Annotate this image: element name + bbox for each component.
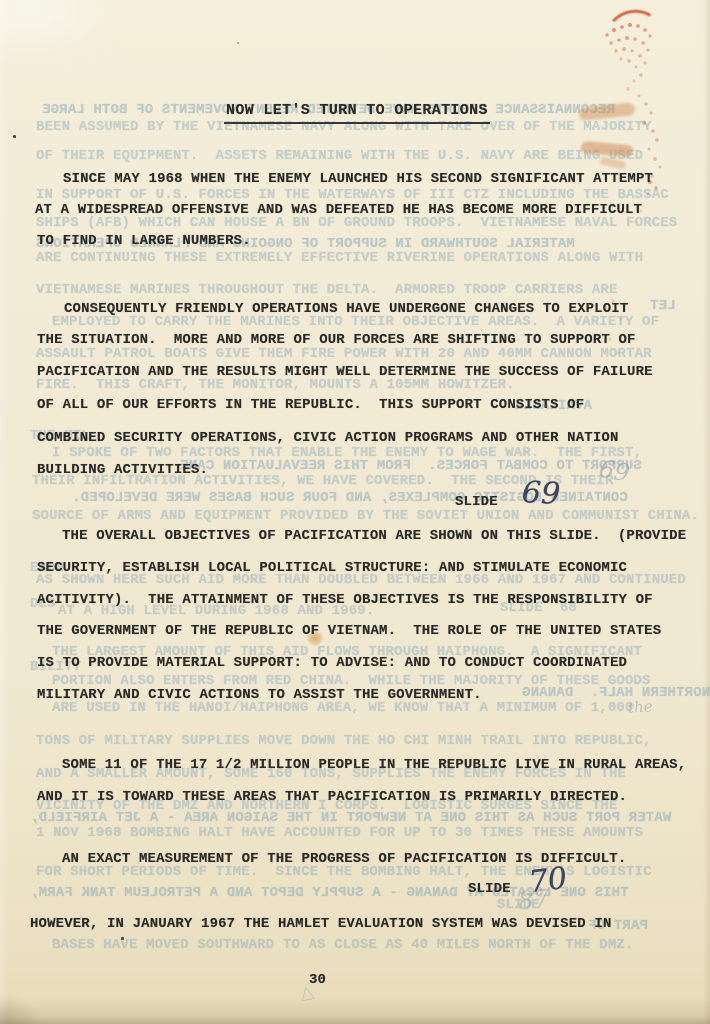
ink-speck	[121, 937, 124, 940]
ghost-line: LET	[650, 299, 676, 314]
typed-line: AND IT IS TOWARD THESE AREAS THAT PACIFI…	[37, 789, 627, 805]
ghost-line: 1 NOV 1968 BOMBING HALT HAVE ACCOUNTED F…	[36, 826, 643, 841]
ink-speck	[237, 42, 239, 44]
typed-line: TO FIND IN LARGE NUMBERS.	[37, 233, 251, 249]
typed-line: HOWEVER, IN JANUARY 1967 THE HAMLET EVAL…	[30, 916, 612, 932]
stamp-speckles-icon	[0, 0, 2, 2]
ghost-line: VIETNAMESE MARINES THROUGHOUT THE DELTA.…	[36, 283, 618, 298]
typed-line: THE GOVERNMENT OF THE REPUBLIC OF VIETNA…	[37, 623, 661, 639]
handwritten-annotation: 69	[597, 457, 631, 486]
ghost-line: FIRE. THIS CRAFT, THE MONITOR, MOUNTS A …	[36, 378, 515, 393]
ghost-line: ARE USED IN THE HANOI/HAIPHONG AREA, WE …	[52, 701, 634, 716]
ink-speck	[13, 135, 16, 138]
typed-line: MILITARY AND CIVIC ACTIONS TO ASSIST THE…	[37, 687, 482, 703]
typed-line: THE SITUATION. MORE AND MORE OF OUR FORC…	[37, 332, 636, 348]
typed-line: OF ALL OF OUR EFFORTS IN THE REPUBLIC. T…	[37, 397, 584, 413]
ghost-line: SHIPS (AFB) WHICH CAN HOUSE A BN OF GROU…	[36, 216, 677, 231]
slide-label: SLIDE	[455, 494, 498, 510]
handwritten-annotation: the	[628, 699, 654, 716]
typed-line: THE OVERALL OBJECTIVES OF PACIFICATION A…	[62, 528, 686, 544]
ghost-line: OF THEIR EQUIPMENT. ASSETS REMAINING WIT…	[36, 149, 643, 164]
slide-number-handwritten: 69	[521, 478, 561, 510]
ghost-line: ARE CONTINUING THESE EXTREMELY EFFECTIVE…	[36, 251, 643, 266]
ghost-line: SOURCE OF ARMS AND EQUIPMENT PROVIDED BY…	[32, 509, 699, 524]
typed-line: COMBINED SECURITY OPERATIONS, CIVIC ACTI…	[37, 430, 619, 446]
ghost-line: ASSAULT PATROL BOATS GIVE THEM FIRE POWE…	[36, 347, 652, 362]
typed-line: ACITIVITY). THE ATTAINMENT OF THESE OBJE…	[37, 592, 653, 608]
typed-line: SINCE MAY 1968 WHEN THE ENEMY LAUNCHED H…	[63, 171, 653, 187]
ghost-line: TONS OF MILITARY SUPPLIES MOVE DOWN THE …	[36, 734, 652, 749]
page-title: NOW LET'S TURN TO OPERATIONS	[224, 102, 490, 124]
typed-line: BUILDING ACTIVITIES.	[37, 462, 208, 478]
typed-line: AT A WIDESPREAD OFFENSIVE AND WAS DEFEAT…	[35, 202, 642, 218]
stamp-arc-icon	[604, 6, 662, 46]
ghost-line: EMPLOYED TO CARRY THE MARINES INTO THEIR…	[52, 315, 659, 330]
typed-line: CONSEQUENTLY FRIENDLY OPERATIONS HAVE UN…	[64, 301, 628, 317]
slide-label: SLIDE	[468, 881, 511, 897]
typed-line: PACIFICATION AND THE RESULTS MIGHT WELL …	[37, 364, 653, 380]
typed-line: SECURITY, ESTABLISH LOCAL POLITICAL STRU…	[37, 560, 627, 576]
handwritten-annotation: 87	[517, 885, 551, 913]
document-page: NOW LET'S TURN TO OPERATIONS 30 RECONNAI…	[0, 0, 710, 1024]
ghost-line: BASES HAVE MOVED SOUTHWARD TO AS CLOSE A…	[52, 938, 634, 953]
typed-line: SOME 11 OF THE 17 1/2 MILLION PEOPLE IN …	[62, 757, 686, 773]
typed-line: IS TO PROVIDE MATERIAL SUPPORT: TO ADVIS…	[37, 655, 627, 671]
